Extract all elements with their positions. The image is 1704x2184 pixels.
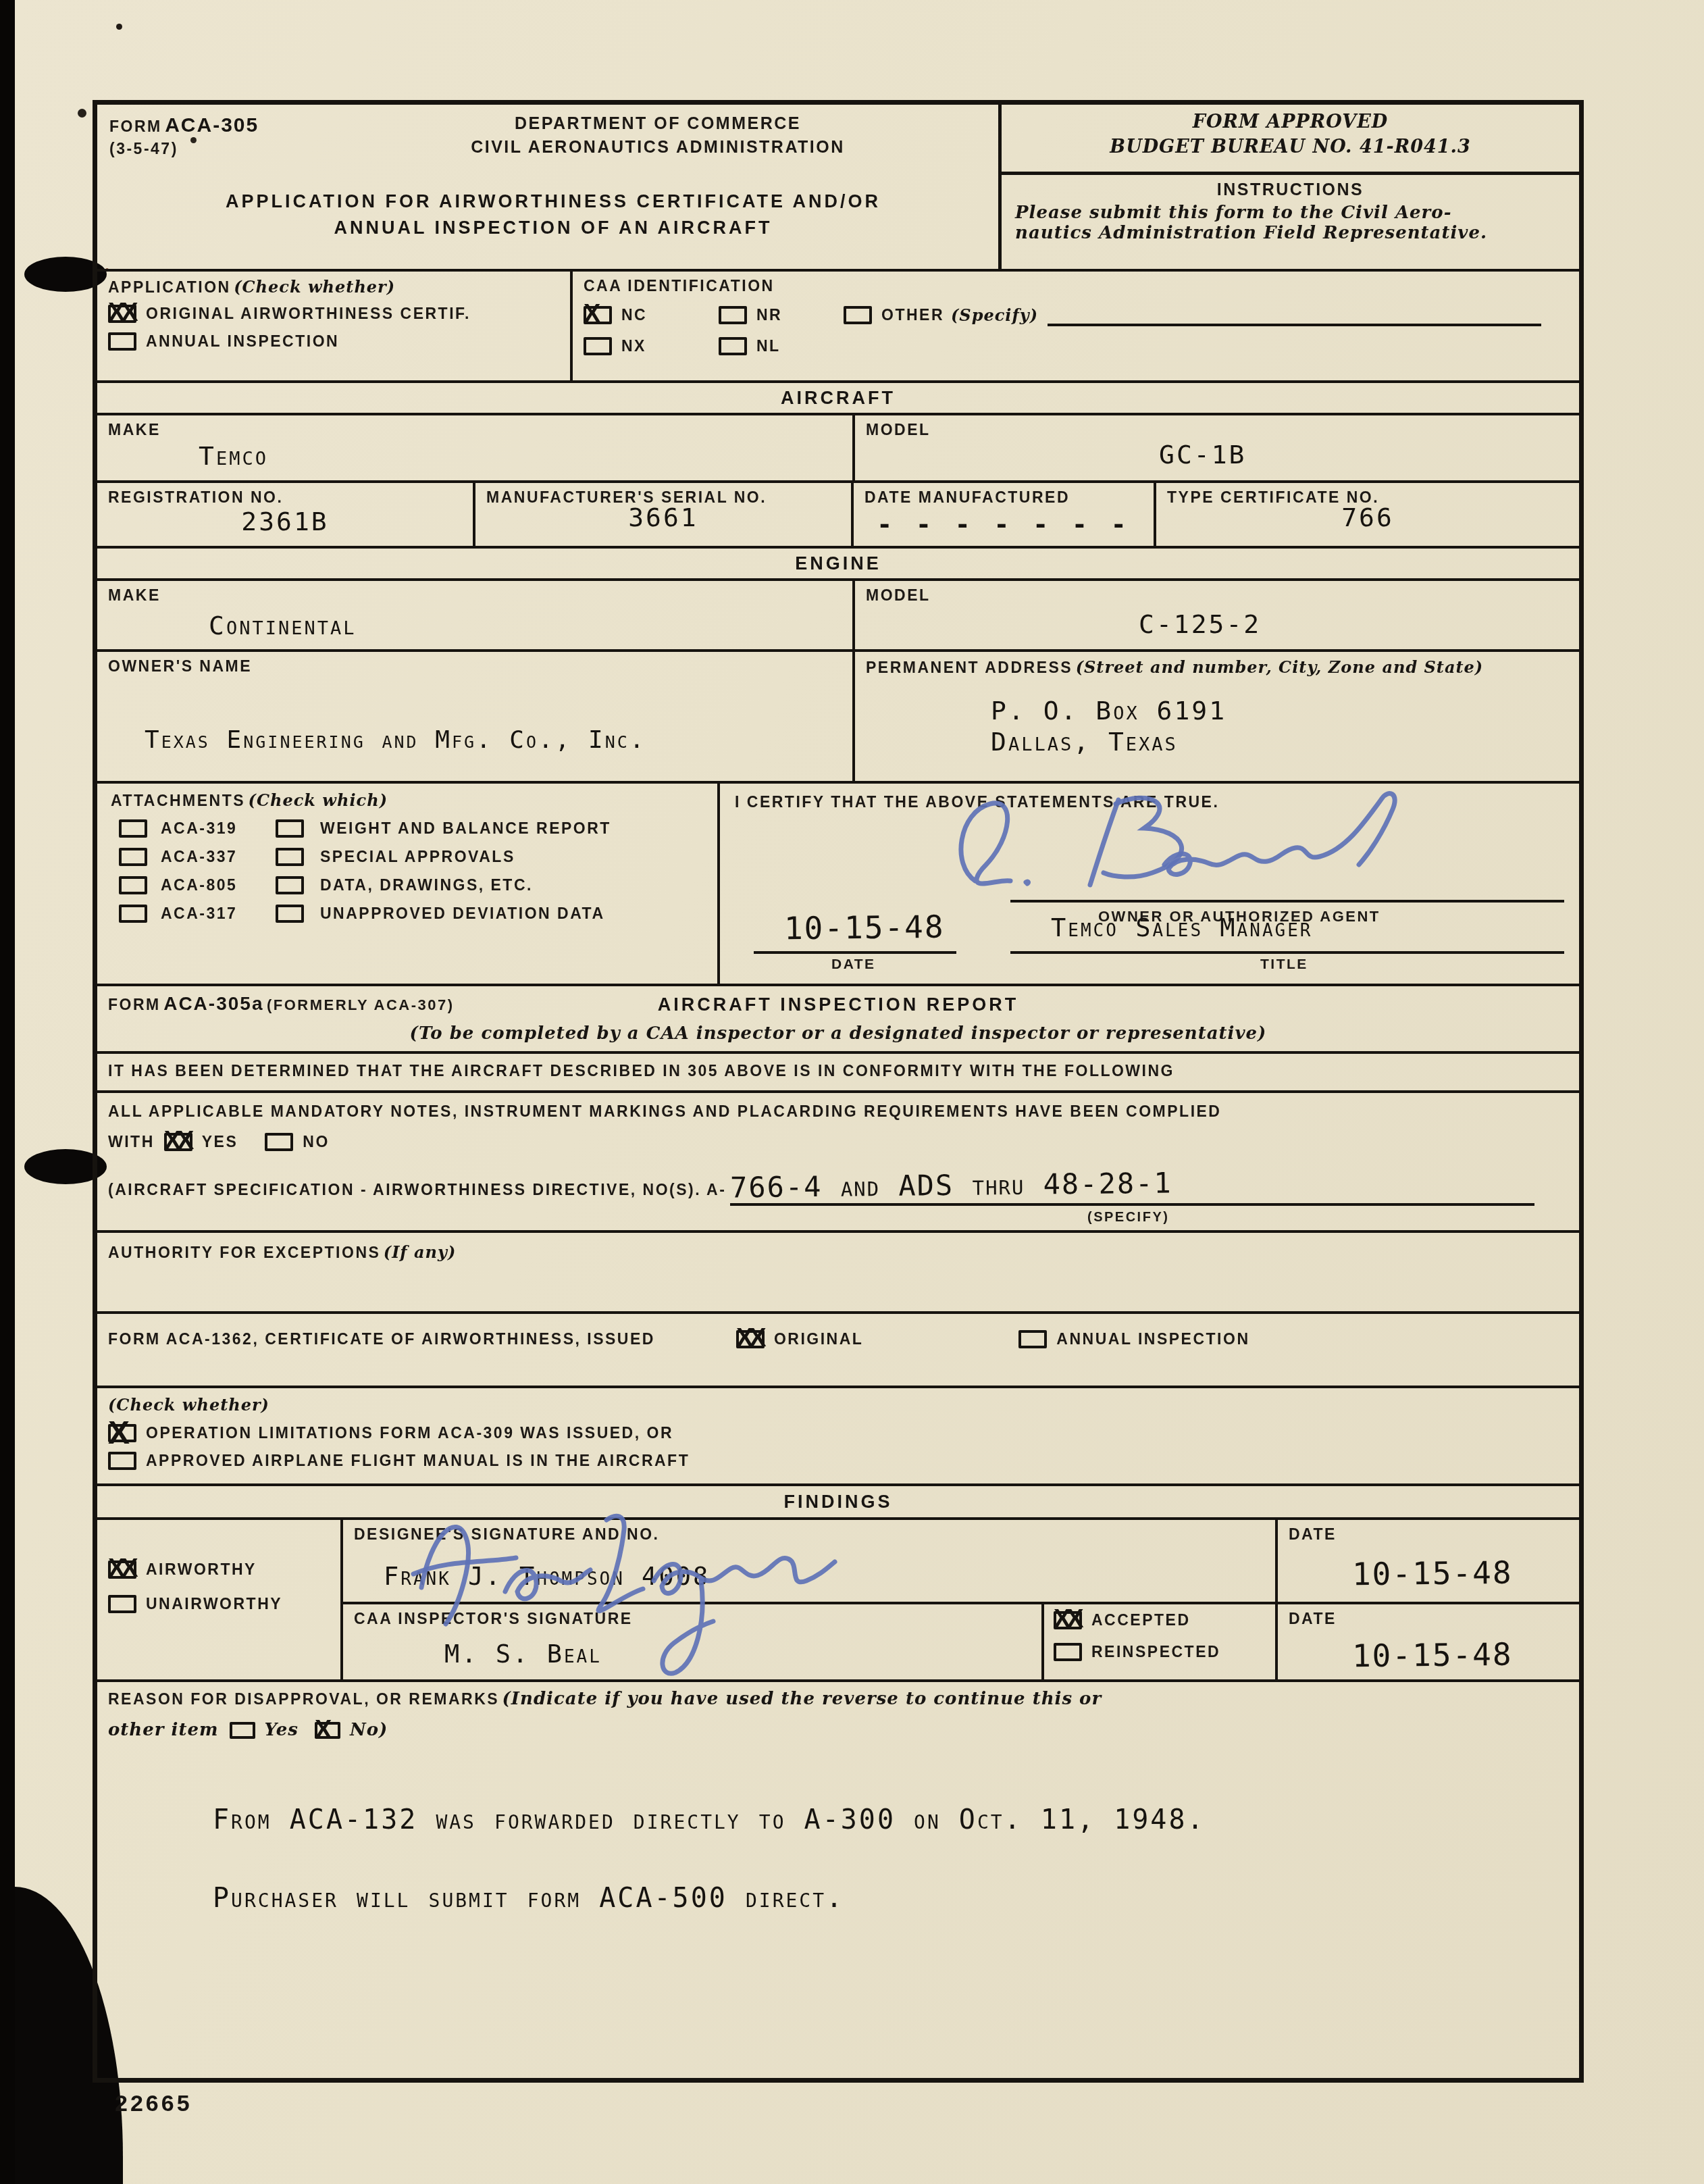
inspection-form-number: ACA-305a [163,993,263,1014]
issued-annual-checkbox[interactable] [1018,1330,1047,1348]
caa-nr-option: NR [719,306,844,324]
form-number-prefix: FORM [109,118,162,135]
check-whether-label: (Check whether) [108,1395,1579,1415]
certify-date-value[interactable]: 10-15-48 [784,909,945,946]
date-manufactured-cell: DATE MANUFACTURED - - - - - - - [851,483,1154,546]
accepted-cell: XX ACCEPTED REINSPECTED [1041,1604,1275,1679]
registration-value[interactable]: 2361B [108,507,462,536]
findings-table: XX AIRWORTHY UNAIRWORTHY DESIGNEE'S SIGN… [97,1520,1579,1682]
registration-cell: REGISTRATION NO. 2361B [97,483,473,546]
form-number-block: FORM ACA-305 (3-5-47) [109,114,259,158]
findings-right: DESIGNEE'S SIGNATURE AND NO. Frank J. Th… [340,1520,1579,1679]
nc-checkbox[interactable]: X [584,306,612,324]
caa-id-label: CAA IDENTIFICATION [584,277,1568,295]
reinspected-option: REINSPECTED [1054,1643,1275,1661]
nr-checkbox[interactable] [719,306,747,324]
specify-label: (SPECIFY) [1087,1210,1568,1225]
accepted-option: XX ACCEPTED [1054,1611,1275,1629]
designee-signature-value[interactable]: Frank J. Thompson 4008 [384,1562,710,1591]
inspector-signature-value[interactable]: M. S. Beal [444,1640,602,1669]
attachment-weight-balance-checkbox[interactable] [276,819,304,838]
owner-name-value[interactable]: Texas Engineering and Mfg. Co., Inc. [145,726,646,754]
aircraft-numbers-row: REGISTRATION NO. 2361B MANUFACTURER'S SE… [97,483,1579,549]
flight-manual-checkbox[interactable] [108,1452,136,1470]
inspector-date-cell: DATE 10-15-48 [1275,1604,1579,1679]
form-header: FORM ACA-305 (3-5-47) DEPARTMENT OF COMM… [97,105,1579,272]
document-serial-number: 22665 [115,2091,192,2117]
serial-value[interactable]: 3661 [486,503,840,532]
aircraft-make-value[interactable]: Temco [199,441,268,471]
aircraft-make-model-row: MAKE Temco MODEL GC-1B [97,415,1579,483]
certify-date-label: DATE [831,957,876,973]
inspection-report-header: FORM ACA-305a (FORMERLY ACA-307) AIRCRAF… [97,986,1579,1054]
instructions-box: INSTRUCTIONS Please submit this form to … [1002,175,1579,269]
original-airworthiness-checkbox[interactable]: XX [108,305,136,323]
findings-band: FINDINGS [97,1486,1579,1520]
aircraft-model-value[interactable]: GC-1B [1159,440,1246,469]
airworthy-column: XX AIRWORTHY UNAIRWORTHY [97,1520,340,1679]
complied-yes-checkbox[interactable]: XX [164,1133,192,1151]
other-specify-line[interactable] [1048,303,1541,326]
authority-exceptions-row: AUTHORITY FOR EXCEPTIONS (If any) [97,1233,1579,1314]
engine-make-cell: MAKE Continental [97,581,852,649]
form-revision-date: (3-5-47) [109,140,259,158]
engine-model-value[interactable]: C-125-2 [1139,609,1261,639]
header-left: FORM ACA-305 (3-5-47) DEPARTMENT OF COMM… [97,105,998,269]
caa-nl-option: NL [719,337,781,355]
engine-section-band: ENGINE [97,549,1579,581]
owner-name-cell: OWNER'S NAME Texas Engineering and Mfg. … [97,652,852,781]
certify-title-line [1010,951,1564,954]
permanent-address-cell: PERMANENT ADDRESS (Street and number, Ci… [852,652,1579,781]
certify-statement: I CERTIFY THAT THE ABOVE STATEMENTS ARE … [735,793,1568,811]
application-caa-row: APPLICATION (Check whether) XX ORIGINAL … [97,272,1579,383]
type-certificate-value[interactable]: 766 [1167,503,1568,532]
spec-directive-value: 766-4 and ADS thru 48-28-1 [730,1167,1172,1204]
attachments-section: ATTACHMENTS (Check which) ACA-319 WEIGHT… [97,784,717,984]
unairworthy-checkbox[interactable] [108,1595,136,1613]
caa-other-option: OTHER (Specify) [844,303,1568,326]
designee-date-value[interactable]: 10-15-48 [1352,1554,1513,1592]
caa-nx-option: NX [584,337,719,355]
form-title: APPLICATION FOR AIRWORTHINESS CERTIFICAT… [111,191,996,238]
type-certificate-cell: TYPE CERTIFICATE NO. 766 [1154,483,1579,546]
unairworthy-option: UNAIRWORTHY [108,1595,330,1613]
owner-signature-line[interactable] [1010,900,1564,903]
designee-signature-cell: DESIGNEE'S SIGNATURE AND NO. Frank J. Th… [343,1520,1275,1602]
instructions-title: INSTRUCTIONS [1015,180,1566,200]
serial-cell: MANUFACTURER'S SERIAL NO. 3661 [473,483,851,546]
other-checkbox[interactable] [844,306,872,324]
remarks-line1: From ACA-132 was forwarded directly to A… [213,1804,1568,1835]
annual-inspection-checkbox[interactable] [108,332,136,351]
airworthy-option: XX AIRWORTHY [108,1560,330,1579]
op-limitations-checkbox[interactable]: X [108,1424,136,1442]
attachment-aca-337-checkbox[interactable] [119,848,147,866]
designee-date-cell: DATE 10-15-48 [1275,1520,1579,1602]
attachment-unapproved-deviation-checkbox[interactable] [276,905,304,923]
aca-305-form: FORM ACA-305 (3-5-47) DEPARTMENT OF COMM… [93,100,1584,2083]
issued-annual-option: ANNUAL INSPECTION [1018,1330,1249,1348]
issued-original-option: XX ORIGINAL [736,1330,863,1348]
nx-checkbox[interactable] [584,337,612,355]
certificate-issued-row: FORM ACA-1362, CERTIFICATE OF AIRWORTHIN… [97,1314,1579,1388]
header-right: FORM APPROVED BUDGET BUREAU NO. 41-R041.… [998,105,1579,269]
certify-title-value[interactable]: Temco Sales Manager [1051,913,1313,942]
engine-make-model-row: MAKE Continental MODEL C-125-2 [97,581,1579,652]
attachment-aca-319-checkbox[interactable] [119,819,147,838]
inspector-date-value[interactable]: 10-15-48 [1352,1636,1513,1674]
address-line2[interactable]: Dallas, Texas [991,727,1568,757]
operation-limitations-row: (Check whether) X OPERATION LIMITATIONS … [97,1388,1579,1486]
owner-address-row: OWNER'S NAME Texas Engineering and Mfg. … [97,652,1579,784]
inspection-report-subtitle: (To be completed by a CAA inspector or a… [97,1023,1579,1044]
application-option-annual: ANNUAL INSPECTION [108,332,559,351]
determination-row: IT HAS BEEN DETERMINED THAT THE AIRCRAFT… [97,1054,1579,1093]
airworthy-checkbox[interactable]: XX [108,1560,136,1579]
reverse-yes-checkbox[interactable] [230,1722,255,1739]
ink-speck [116,24,122,30]
attachment-aca-317-checkbox[interactable] [119,905,147,923]
op-limitations-option: X OPERATION LIMITATIONS FORM ACA-309 WAS… [108,1424,1579,1442]
engine-model-cell: MODEL C-125-2 [852,581,1579,649]
certify-date-line [754,951,956,954]
aircraft-section-band: AIRCRAFT [97,383,1579,415]
date-manufactured-value[interactable]: - - - - - - - [864,509,1143,539]
certification-section: I CERTIFY THAT THE ABOVE STATEMENTS ARE … [717,784,1579,984]
aircraft-make-cell: MAKE Temco [97,415,852,480]
flight-manual-option: APPROVED AIRPLANE FLIGHT MANUAL IS IN TH… [108,1452,1579,1470]
compliance-row: ALL APPLICABLE MANDATORY NOTES, INSTRUME… [97,1093,1579,1233]
form-approved-box: FORM APPROVED BUDGET BUREAU NO. 41-R041.… [1002,105,1579,175]
inspector-signature-cell: CAA INSPECTOR'S SIGNATURE M. S. Beal [343,1604,1041,1679]
reinspected-checkbox[interactable] [1054,1643,1082,1661]
application-option-original: XX ORIGINAL AIRWORTHINESS CERTIF. [108,305,559,323]
remarks-section: REASON FOR DISAPPROVAL, OR REMARKS (Indi… [97,1682,1579,2078]
form-number: ACA-305 [165,114,259,136]
remarks-line2: Purchaser will submit form ACA-500 direc… [213,1883,1568,1914]
application-section: APPLICATION (Check whether) XX ORIGINAL … [97,272,570,380]
accepted-checkbox[interactable]: XX [1054,1611,1082,1629]
issued-original-checkbox[interactable]: XX [736,1330,765,1348]
attachment-data-drawings-checkbox[interactable] [276,876,304,894]
certify-title-label: TITLE [1260,957,1308,973]
attachment-aca-805-checkbox[interactable] [119,876,147,894]
reverse-no-checkbox[interactable]: X [315,1722,340,1739]
scanned-form-page: FORM ACA-305 (3-5-47) DEPARTMENT OF COMM… [15,0,1704,2184]
application-label: APPLICATION [108,278,231,296]
aircraft-model-cell: MODEL GC-1B [852,415,1579,480]
address-line1[interactable]: P. O. Box 6191 [991,696,1568,726]
caa-identification-section: CAA IDENTIFICATION X NC NR OTHER (Specif… [570,272,1579,380]
complied-no-checkbox[interactable] [265,1133,293,1151]
spec-directive-field[interactable]: 766-4 and ADS thru 48-28-1 [730,1169,1534,1206]
nl-checkbox[interactable] [719,337,747,355]
attachments-certify-row: ATTACHMENTS (Check which) ACA-319 WEIGHT… [97,784,1579,986]
attachment-special-approvals-checkbox[interactable] [276,848,304,866]
engine-make-value[interactable]: Continental [209,611,356,640]
caa-nc-option: X NC [584,306,719,324]
department-heading: DEPARTMENT OF COMMERCE CIVIL AERONAUTICS… [320,114,996,157]
